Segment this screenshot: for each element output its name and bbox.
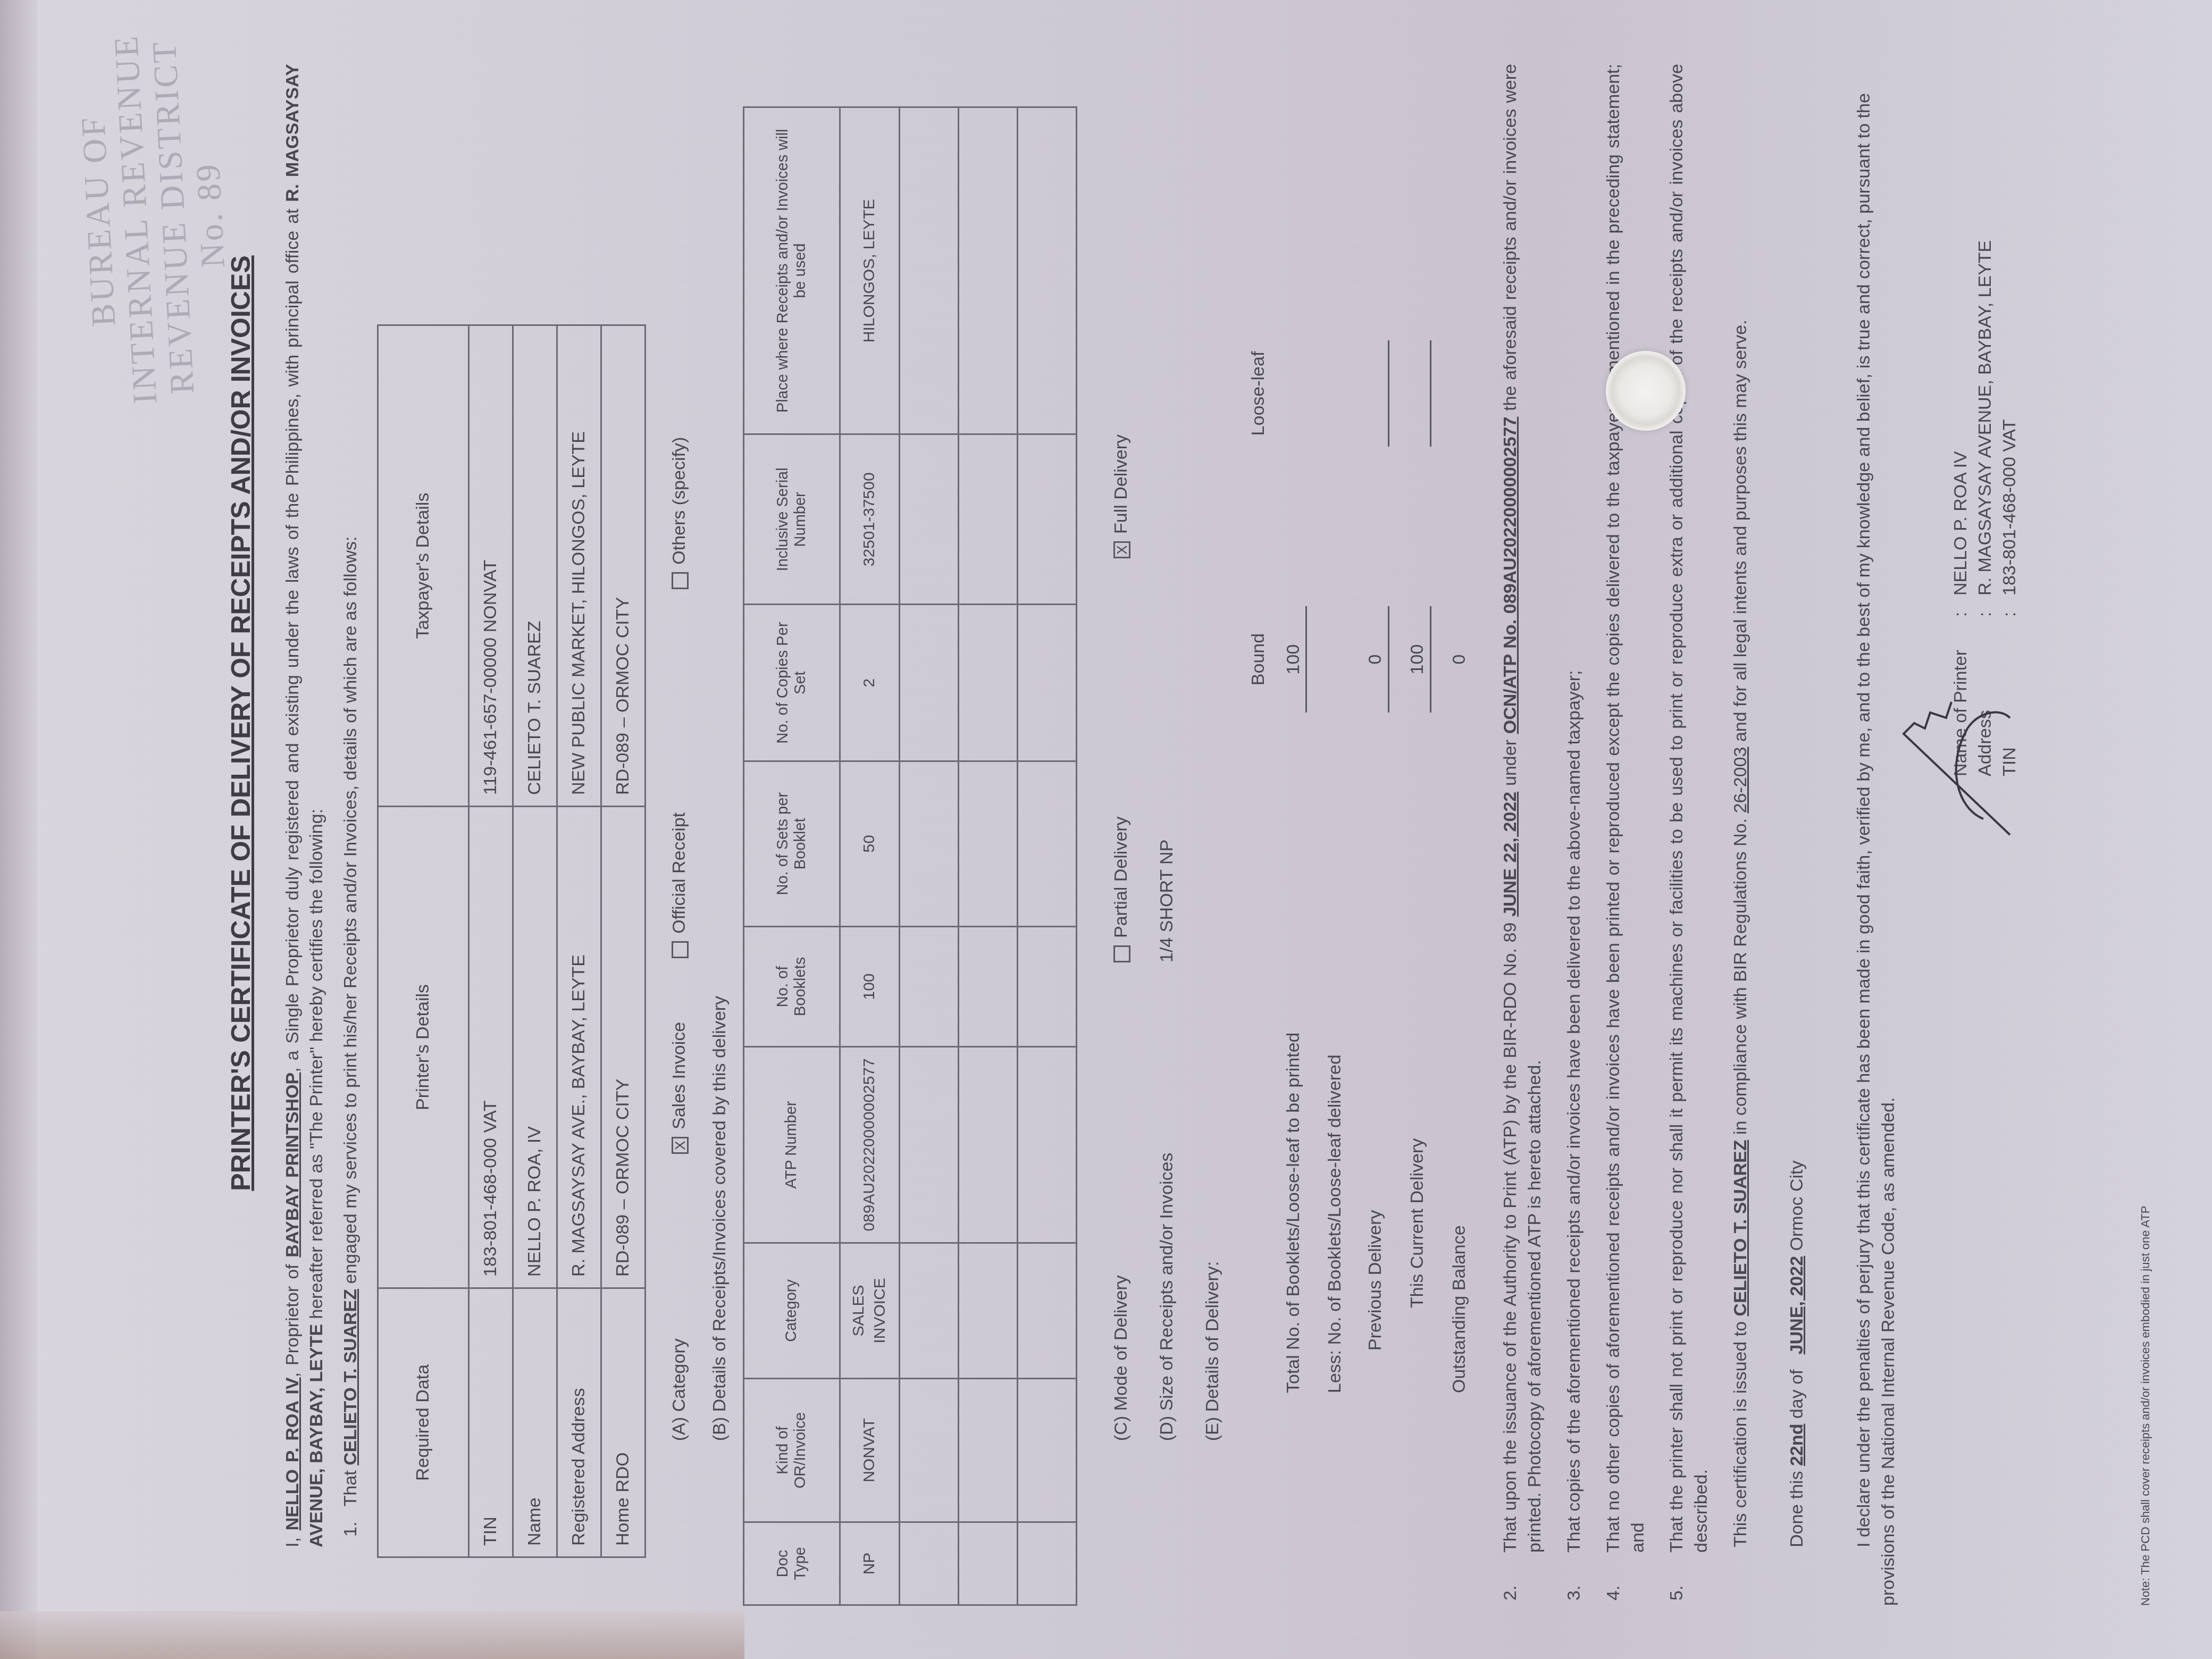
tally-looseleaf-value	[1281, 340, 1308, 447]
cell	[1017, 1243, 1076, 1378]
tally-row: Outstanding Balance0	[1447, 64, 1472, 1393]
cell: 089AU20220000002577	[840, 1047, 899, 1243]
cell	[958, 107, 1017, 434]
cell: R. MAGSAYSAY AVE., BAYBAY, LEYTE	[557, 806, 601, 1288]
cell: 50	[840, 761, 899, 926]
delivery-info: (C) Mode of Delivery Partial Delivery XF…	[1109, 64, 1225, 1441]
cell	[958, 761, 1017, 926]
item-1-prefix: That	[340, 1470, 361, 1506]
col-bound: Bound	[1246, 606, 1271, 713]
cell: RD-089 – ORMOC CITY	[601, 806, 646, 1288]
delivery-details-label: (E) Details of Delivery:	[1201, 962, 1225, 1441]
table-row: NPNONVATSALES INVOICE089AU20220000002577…	[840, 107, 899, 1605]
header-printer-details: Printer's Details	[378, 806, 469, 1288]
cell	[899, 1379, 958, 1522]
tally-looseleaf-value	[1405, 340, 1431, 447]
tally-bound-value: 100	[1405, 606, 1431, 713]
details-header: Doc Type	[743, 1522, 840, 1605]
clause-text: That no other copies of aforementioned r…	[1602, 64, 1650, 1553]
cell	[899, 434, 958, 605]
tally-label: This Current Delivery	[1405, 713, 1431, 1393]
done-text-a: Done this	[1787, 1471, 1807, 1547]
done-line: Done this 22nd day of JUNE, 2022 Ormoc C…	[1785, 64, 1809, 1547]
cell	[958, 1379, 1017, 1522]
option-label: Others (specify)	[669, 437, 689, 565]
details-header: Category	[743, 1243, 840, 1378]
cell	[1017, 1379, 1076, 1522]
clause-number: 2.	[1498, 1553, 1547, 1606]
tally-row: Total No. of Booklets/Loose-leaf to be p…	[1281, 64, 1308, 1393]
category-option-official-receipt[interactable]: Official Receipt	[667, 812, 692, 958]
item-1-number: 1.	[340, 1522, 361, 1537]
category-option-others[interactable]: Others (specify)	[667, 437, 692, 589]
printer-name: NELLO P. ROA IV	[282, 1377, 303, 1530]
signature-icon	[1893, 670, 2021, 840]
category-option-sales-invoice[interactable]: XSales Invoice	[667, 1022, 692, 1154]
cell: Name	[513, 1288, 557, 1557]
tally-bound-value: 0	[1447, 606, 1472, 713]
col-looseleaf: Loose-leaf	[1246, 340, 1271, 447]
intro-text-1: , Proprietor of	[282, 1264, 303, 1378]
cell: RD-089 – ORMOC CITY	[601, 325, 646, 807]
required-data-table: Required Data Printer's Details Taxpayer…	[377, 324, 646, 1558]
tally-bound-value: 100	[1281, 606, 1308, 713]
size-label: (D) Size of Receipts and/or Invoices	[1155, 962, 1179, 1441]
intro-text-2: , a Single Proprietor duly registered an…	[282, 209, 303, 1073]
details-header: Place where Receipts and/or Invoices wil…	[743, 107, 840, 434]
details-header: No. of Sets per Booklet	[743, 761, 840, 926]
table-row	[899, 107, 958, 1605]
clause-2: 2. That upon the issuance of the Authori…	[1498, 64, 1547, 1606]
footnote: Note: The PCD shall cover receipts and/o…	[2138, 1206, 2154, 1606]
cell	[958, 1522, 1017, 1605]
tally-looseleaf-value	[1323, 340, 1347, 447]
intro-prefix: I,	[282, 1537, 303, 1547]
clause-number: 3.	[1562, 1553, 1587, 1606]
compliance-statement: This certification is issued to CELIETO …	[1729, 64, 1753, 1606]
header-required-data: Required Data	[378, 1288, 469, 1557]
value-tin: 183-801-468-000 VAT	[1998, 64, 2022, 596]
clause-text: That upon the issuance of the Authority …	[1498, 64, 1547, 1553]
option-label: Partial Delivery	[1111, 816, 1131, 938]
checkbox-icon[interactable]	[1113, 945, 1130, 962]
done-day: 22nd	[1787, 1424, 1807, 1466]
compliance-text-c: and for all legal intents and purposes t…	[1730, 320, 1750, 742]
clause-2-text-a: That upon the issuance of the Authority …	[1500, 923, 1520, 1553]
ocn-atp-number: OCN/ATP No. 089AU20220000002577	[1500, 417, 1520, 734]
tally-label: Total No. of Booklets/Loose-leaf to be p…	[1281, 713, 1308, 1393]
delivery-tally: Bound Loose-leaf Total No. of Booklets/L…	[1246, 64, 1472, 1393]
category-section: (A) Category XSales Invoice Official Rec…	[667, 64, 692, 1441]
option-label: Official Receipt	[669, 812, 689, 934]
tally-label: Previous Delivery	[1363, 713, 1389, 1393]
done-month-year: JUNE, 2022	[1787, 1256, 1807, 1354]
cell	[958, 1243, 1017, 1378]
cell: 2	[840, 605, 899, 761]
checkbox-icon[interactable]: X	[672, 1137, 689, 1154]
cell: 100	[840, 926, 899, 1047]
cell	[958, 926, 1017, 1047]
size-value: 1/4 SHORT NP	[1155, 840, 1179, 962]
option-label: Full Delivery	[1111, 434, 1131, 534]
cell: CELIETO T. SUAREZ	[513, 325, 557, 807]
table-row: Name NELLO P. ROA, IV CELIETO T. SUAREZ	[513, 325, 557, 1557]
intro-text-3: hereafter referred as "The Printer" here…	[306, 809, 326, 1319]
compliance-text-a: This certification is issued to	[1730, 1321, 1750, 1547]
clause-5: 5. That the printer shall not print or r…	[1665, 64, 1714, 1606]
cell	[899, 761, 958, 926]
cell: NEW PUBLIC MARKET, HILONGOS, LEYTE	[557, 325, 601, 807]
cell: 183-801-468-000 VAT	[469, 806, 513, 1288]
business-name: BAYBAY PRINTSHOP	[282, 1073, 303, 1258]
cell	[958, 605, 1017, 761]
clause-number: 4.	[1602, 1553, 1650, 1606]
clause-text: That the printer shall not print or repr…	[1665, 64, 1714, 1553]
details-header: ATP Number	[743, 1047, 840, 1243]
details-header: Inclusive Serial Number	[743, 434, 840, 605]
binder-rivet	[1606, 351, 1686, 431]
intro-paragraph: I, NELLO P. ROA IV, Proprietor of BAYBAY…	[281, 64, 330, 1606]
cell: HILONGOS, LEYTE	[840, 107, 899, 434]
tally-bound-value: 0	[1363, 606, 1389, 713]
compliance-text-b: in compliance with BIR Regulations No.	[1730, 818, 1750, 1135]
cell	[1017, 107, 1076, 434]
cell	[1017, 1047, 1076, 1243]
option-label: Sales Invoice	[669, 1022, 689, 1129]
cell: 32501-37500	[840, 434, 899, 605]
cell: TIN	[469, 1288, 513, 1557]
item-1-text: engaged my services to print his/her Rec…	[340, 536, 361, 1284]
checkbox-icon[interactable]: X	[1113, 541, 1130, 558]
tally-row: Previous Delivery0	[1363, 64, 1389, 1393]
table-row	[958, 107, 1017, 1605]
cell: Home RDO	[601, 1288, 646, 1557]
details-header: Kind of OR/Invoice	[743, 1379, 840, 1522]
table-row: Home RDO RD-089 – ORMOC CITY RD-089 – OR…	[601, 325, 646, 1557]
clause-3: 3. That copies of the aforementioned rec…	[1562, 64, 1587, 1606]
colon: :	[1998, 596, 2022, 617]
clause-number: 5.	[1665, 1553, 1714, 1606]
cell	[899, 1243, 958, 1378]
cell: SALES INVOICE	[840, 1243, 899, 1378]
tally-row: This Current Delivery100	[1405, 64, 1431, 1393]
cell	[899, 605, 958, 761]
table-row: Registered Address R. MAGSAYSAY AVE., BA…	[557, 325, 601, 1557]
checkbox-icon[interactable]	[672, 941, 689, 958]
clause-2-text-b: under	[1500, 740, 1520, 786]
cell	[899, 1522, 958, 1605]
details-table: Doc TypeKind of OR/InvoiceCategoryATP Nu…	[743, 106, 1077, 1606]
bir-stamp: BUREAU OF INTERNAL REVENUE REVENUE DISTR…	[70, 28, 239, 408]
clause-4: 4. That no other copies of aforementione…	[1602, 64, 1650, 1606]
table-row: TIN 183-801-468-000 VAT 119-461-657-0000…	[469, 325, 513, 1557]
category-label: (A) Category	[667, 1218, 692, 1441]
done-place: Ormoc City	[1787, 1160, 1807, 1251]
cell	[1017, 1522, 1076, 1605]
details-header: No. of Booklets	[743, 926, 840, 1047]
full-delivery-option[interactable]: XFull Delivery	[1109, 434, 1134, 558]
header-taxpayer-details: Taxpayer's Details	[378, 325, 469, 807]
cell	[958, 1047, 1017, 1243]
cell: NP	[840, 1522, 899, 1605]
cell: NONVAT	[840, 1379, 899, 1522]
tally-label: Outstanding Balance	[1447, 713, 1472, 1393]
cell	[1017, 761, 1076, 926]
tally-bound-value	[1323, 606, 1347, 713]
cell	[899, 1047, 958, 1243]
tally-label: Less: No. of Booklets/Loose-leaf deliver…	[1323, 713, 1347, 1393]
table-row	[1017, 107, 1076, 1605]
mode-of-delivery-label: (C) Mode of Delivery	[1109, 962, 1134, 1441]
details-header: No. of Copies Per Set	[743, 605, 840, 761]
item-1: 1. That CELIETO T. SUAREZ engaged my ser…	[339, 64, 363, 1606]
cell	[1017, 926, 1076, 1047]
colon: :	[1973, 596, 1998, 617]
cell: 119-461-657-00000 NONVAT	[469, 325, 513, 807]
taxpayer-name: CELIETO T. SUAREZ	[340, 1289, 361, 1465]
certificate-page: BUREAU OF INTERNAL REVENUE REVENUE DISTR…	[0, 0, 2212, 1659]
cell	[958, 434, 1017, 605]
partial-delivery-option[interactable]: Partial Delivery	[1109, 558, 1134, 962]
value-name-of-printer: NELLO P. ROA IV	[1949, 64, 1973, 596]
compliance-taxpayer: CELIETO T. SUAREZ	[1730, 1140, 1750, 1317]
clauses: 2. That upon the issuance of the Authori…	[1498, 64, 1714, 1606]
clause-text: That copies of the aforementioned receip…	[1562, 64, 1587, 1553]
cell: NELLO P. ROA, IV	[513, 806, 557, 1288]
details-label: (B) Details of Receipts/Invoices covered…	[708, 64, 732, 1441]
checkbox-icon[interactable]	[672, 572, 689, 589]
cell	[1017, 434, 1076, 605]
printer-info: Name of Printer:NELLO P. ROA IV Address:…	[1949, 64, 2022, 776]
cell	[899, 107, 958, 434]
cell	[899, 926, 958, 1047]
cell: Registered Address	[557, 1288, 601, 1557]
regulation-number: 26-2003	[1730, 747, 1750, 814]
tally-row: Less: No. of Booklets/Loose-leaf deliver…	[1323, 64, 1347, 1393]
atp-date: JUNE 22, 2022	[1500, 792, 1520, 917]
colon: :	[1949, 596, 1973, 617]
done-text-b: day of	[1787, 1369, 1807, 1419]
value-address: R. MAGSAYSAY AVENUE, BAYBAY, LEYTE	[1973, 64, 1998, 596]
tally-looseleaf-value	[1447, 340, 1472, 447]
cell	[1017, 605, 1076, 761]
tally-looseleaf-value	[1363, 340, 1389, 447]
